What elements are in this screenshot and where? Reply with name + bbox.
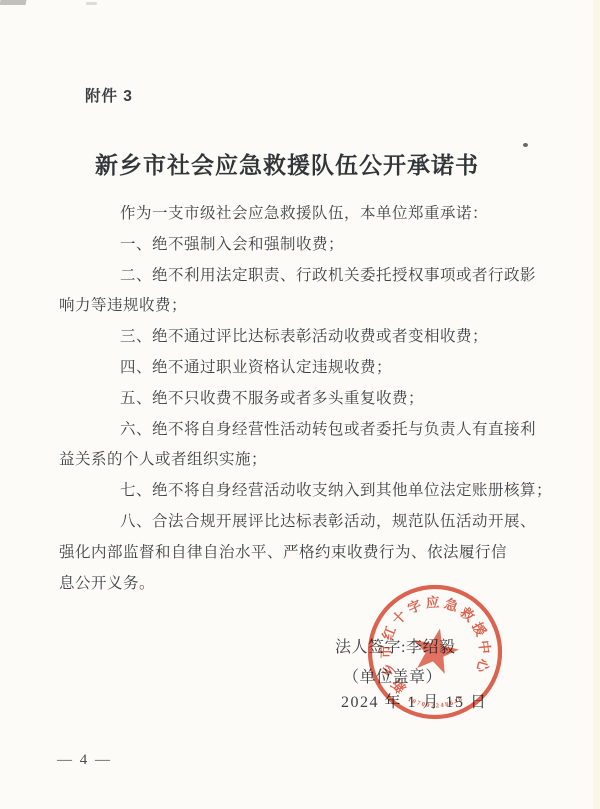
body-line: 响力等违规收费； [59,291,559,322]
seal-ring-char: 急 [442,595,460,615]
scan-artifact-corner [0,0,27,5]
seal-ring-char: 心 [473,657,492,675]
body-line: 四、绝不通过职业资格认定违规收费； [59,353,559,384]
body-line: 益关系的个人或者组织实施； [59,445,559,476]
seal-ring-char: 救 [457,604,478,625]
document-page: 附件 3 新乡市社会应急救援队伍公开承诺书 作为一支市级社会应急救援队伍，本单位… [0,0,600,809]
seal-ring-char: 援 [469,619,490,639]
seal-code-digit: 2 [431,702,435,709]
page-number: — 4 — [57,752,112,769]
seal-ring-char: 新 [388,675,409,696]
attachment-label: 附件 3 [85,84,133,106]
seal-ring-char: 十 [389,607,410,627]
seal-ring-char: 乡 [378,661,398,679]
scan-artifact-speck [86,2,97,5]
seal-code-digit: 2 [436,702,440,709]
scan-artifact-dot [523,143,528,147]
body-text: 作为一支市级社会应急救援队伍，本单位郑重承诺：一、绝不强制入会和强制收费；二、绝… [59,199,559,599]
body-line: 五、绝不只收费不服务或者多头重复收费； [59,384,559,415]
official-red-seal: 新乡市红十字应急救援中心 107002248648 [360,577,510,727]
body-line: 七、绝不将自身经营活动收支纳入到其他单位法定账册核算； [59,476,559,507]
seal-code-digit: 0 [421,701,426,709]
body-line: 一、绝不强制入会和强制收费； [59,230,559,261]
seal-ring-char: 字 [405,596,424,616]
seal-code-digit: 8 [457,696,463,704]
seal-ring-char: 红 [379,623,399,642]
seal-code-digit: 0 [426,702,430,709]
scan-edge-strip [593,0,600,809]
seal-ring-char: 中 [476,639,493,654]
body-line: 作为一支市级社会应急救援队伍，本单位郑重承诺： [59,199,559,230]
seal-ring-char: 应 [426,594,441,611]
seal-ring-char: 市 [377,644,393,658]
page-title: 新乡市社会应急救援队伍公开承诺书 [95,147,479,180]
seal-star-icon [414,629,459,674]
body-line: 三、绝不通过评比达标表彰活动收费或者变相收费； [59,322,559,353]
body-line: 六、绝不将自身经营性活动转包或者委托与负责人有直接利 [59,415,559,446]
seal-code-digits: 107002248648 [407,696,464,710]
body-line: 强化内部监督和自律自治水平、严格约束收费行为、依法履行信 [59,538,559,569]
body-line: 二、绝不利用法定职责、行政机关委托授权事项或者行政影 [59,261,559,292]
body-line: 八、合法合规开展评比达标表彰活动，规范队伍活动开展、 [59,507,559,538]
